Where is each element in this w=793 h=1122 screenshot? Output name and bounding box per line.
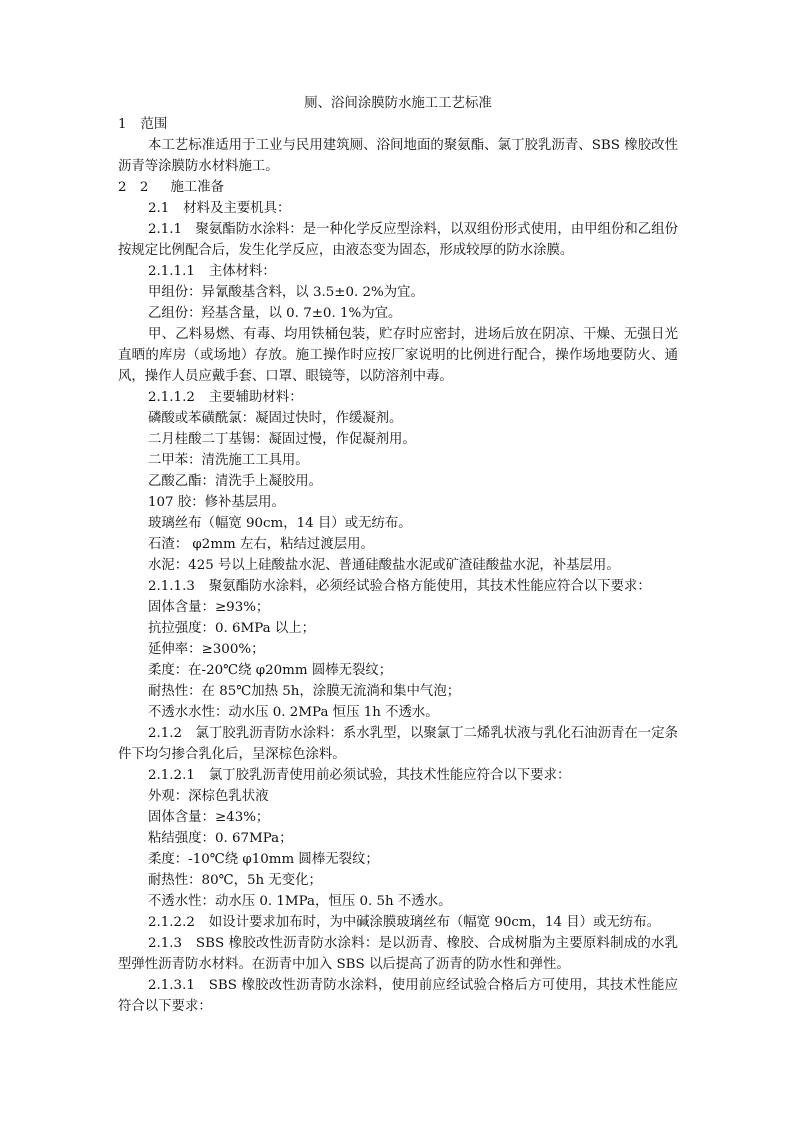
paragraph: 2.1.3.1 SBS 橡胶改性沥青防水涂料，使用前应经试验合格后方可使用，其技… xyxy=(118,975,678,1017)
subsection-number: 2.1.2.1 xyxy=(148,768,195,783)
list-item: 玻璃丝布（幅宽 90cm，14 目）或无纺布。 xyxy=(118,513,678,534)
list-item: 延伸率：≥300%； xyxy=(118,639,678,660)
section-heading-preparation: 2 2施工准备 xyxy=(118,177,678,198)
subsection-heading: 2.1.2.1氯丁胶乳沥青使用前必须试验，其技术性能应符合以下要求： xyxy=(118,765,678,786)
subsection-number: 2.1.1.1 xyxy=(148,264,195,279)
document-page: 厕、浴间涂膜防水施工工艺标准 1范围 本工艺标准适用于工业与民用建筑厕、浴间地面… xyxy=(118,93,678,1017)
subsection-number: 2.1.1.2 xyxy=(148,390,195,405)
subsection-title: 如设计要求加布时，为中碱涂膜玻璃丝布（幅宽 90cm，14 目）或无纺布。 xyxy=(209,915,660,930)
subsection-number: 2.1.2.2 xyxy=(148,915,195,930)
list-item: 柔度：在-20℃绕 φ20mm 圆棒无裂纹； xyxy=(118,660,678,681)
list-item: 固体含量：≥43%； xyxy=(118,807,678,828)
list-item: 乙组份：羟基含量，以 0. 7±0. 1%为宜。 xyxy=(118,303,678,324)
list-item: 107 胶：修补基层用。 xyxy=(118,492,678,513)
paragraph: 甲、乙料易燃、有毒、均用铁桶包装，贮存时应密封，进场后放在阴凉、干燥、无强日光直… xyxy=(118,324,678,387)
list-item: 耐热性：80℃，5h 无变化； xyxy=(118,870,678,891)
list-item: 水泥：425 号以上硅酸盐水泥、普通硅酸盐水泥或矿渣硅酸盐水泥，补基层用。 xyxy=(118,555,678,576)
subsection-number: 2.1.1.3 xyxy=(148,579,195,594)
subsection-heading: 2.1.1.2主要辅助材料： xyxy=(118,387,678,408)
subsection-title: 氯丁胶乳沥青使用前必须试验，其技术性能应符合以下要求： xyxy=(209,768,571,783)
section-title: 范围 xyxy=(141,117,168,132)
subsection-title: 材料及主要机具： xyxy=(183,201,290,216)
list-item: 石渣： φ2mm 左右，粘结过渡层用。 xyxy=(118,534,678,555)
section-number: 1 xyxy=(118,117,127,132)
subsection-number: 2.1 xyxy=(148,201,169,216)
subsection-heading: 2.1材料及主要机具： xyxy=(118,198,678,219)
list-item: 耐热性：在 85℃加热 5h，涂膜无流淌和集中气泡； xyxy=(118,681,678,702)
list-item: 粘结强度：0. 67MPa； xyxy=(118,828,678,849)
list-item: 柔度：-10℃绕 φ10mm 圆棒无裂纹； xyxy=(118,849,678,870)
paragraph: 本工艺标准适用于工业与民用建筑厕、浴间地面的聚氨酯、氯丁胶乳沥青、SBS 橡胶改… xyxy=(118,135,678,177)
subsection-heading: 2.1.1.1主体材料： xyxy=(118,261,678,282)
subsection-heading: 2.1.1.3聚氨酯防水涂料，必须经试验合格方能使用，其技术性能应符合以下要求： xyxy=(118,576,678,597)
paragraph: 2.1.1 聚氨酯防水涂料：是一种化学反应型涂料，以双组份形式使用，由甲组份和乙… xyxy=(118,219,678,261)
paragraph: 2.1.3 SBS 橡胶改性沥青防水涂料：是以沥青、橡胶、合成树脂为主要原料制成… xyxy=(118,933,678,975)
list-item: 甲组份：异氰酸基含料，以 3.5±0. 2%为宜。 xyxy=(118,282,678,303)
section-heading-scope: 1范围 xyxy=(118,114,678,135)
paragraph: 2.1.2 氯丁胶乳沥青防水涂料：系水乳型，以聚氯丁二烯乳状液与乳化石油沥青在一… xyxy=(118,723,678,765)
subsection-title: 主体材料： xyxy=(209,264,276,279)
subsection-heading: 2.1.2.2如设计要求加布时，为中碱涂膜玻璃丝布（幅宽 90cm，14 目）或… xyxy=(118,912,678,933)
document-title: 厕、浴间涂膜防水施工工艺标准 xyxy=(118,93,678,114)
section-title: 施工准备 xyxy=(170,180,224,195)
list-item: 固体含量：≥93%； xyxy=(118,597,678,618)
section-number: 2 2 xyxy=(118,180,148,195)
list-item: 抗拉强度：0. 6MPa 以上； xyxy=(118,618,678,639)
list-item: 不透水水性：动水压 0. 2MPa 恒压 1h 不透水。 xyxy=(118,702,678,723)
list-item: 不透水性：动水压 0. 1MPa，恒压 0. 5h 不透水。 xyxy=(118,891,678,912)
list-item: 二月桂酸二丁基锡：凝固过慢，作促凝剂用。 xyxy=(118,429,678,450)
list-item: 乙酸乙酯：清洗手上凝胶用。 xyxy=(118,471,678,492)
list-item: 二甲苯：清洗施工工具用。 xyxy=(118,450,678,471)
list-item: 磷酸或苯磺酰氯：凝固过快时，作缓凝剂。 xyxy=(118,408,678,429)
list-item: 外观：深棕色乳状液 xyxy=(118,786,678,807)
subsection-title: 聚氨酯防水涂料，必须经试验合格方能使用，其技术性能应符合以下要求： xyxy=(209,579,651,594)
subsection-title: 主要辅助材料： xyxy=(209,390,303,405)
